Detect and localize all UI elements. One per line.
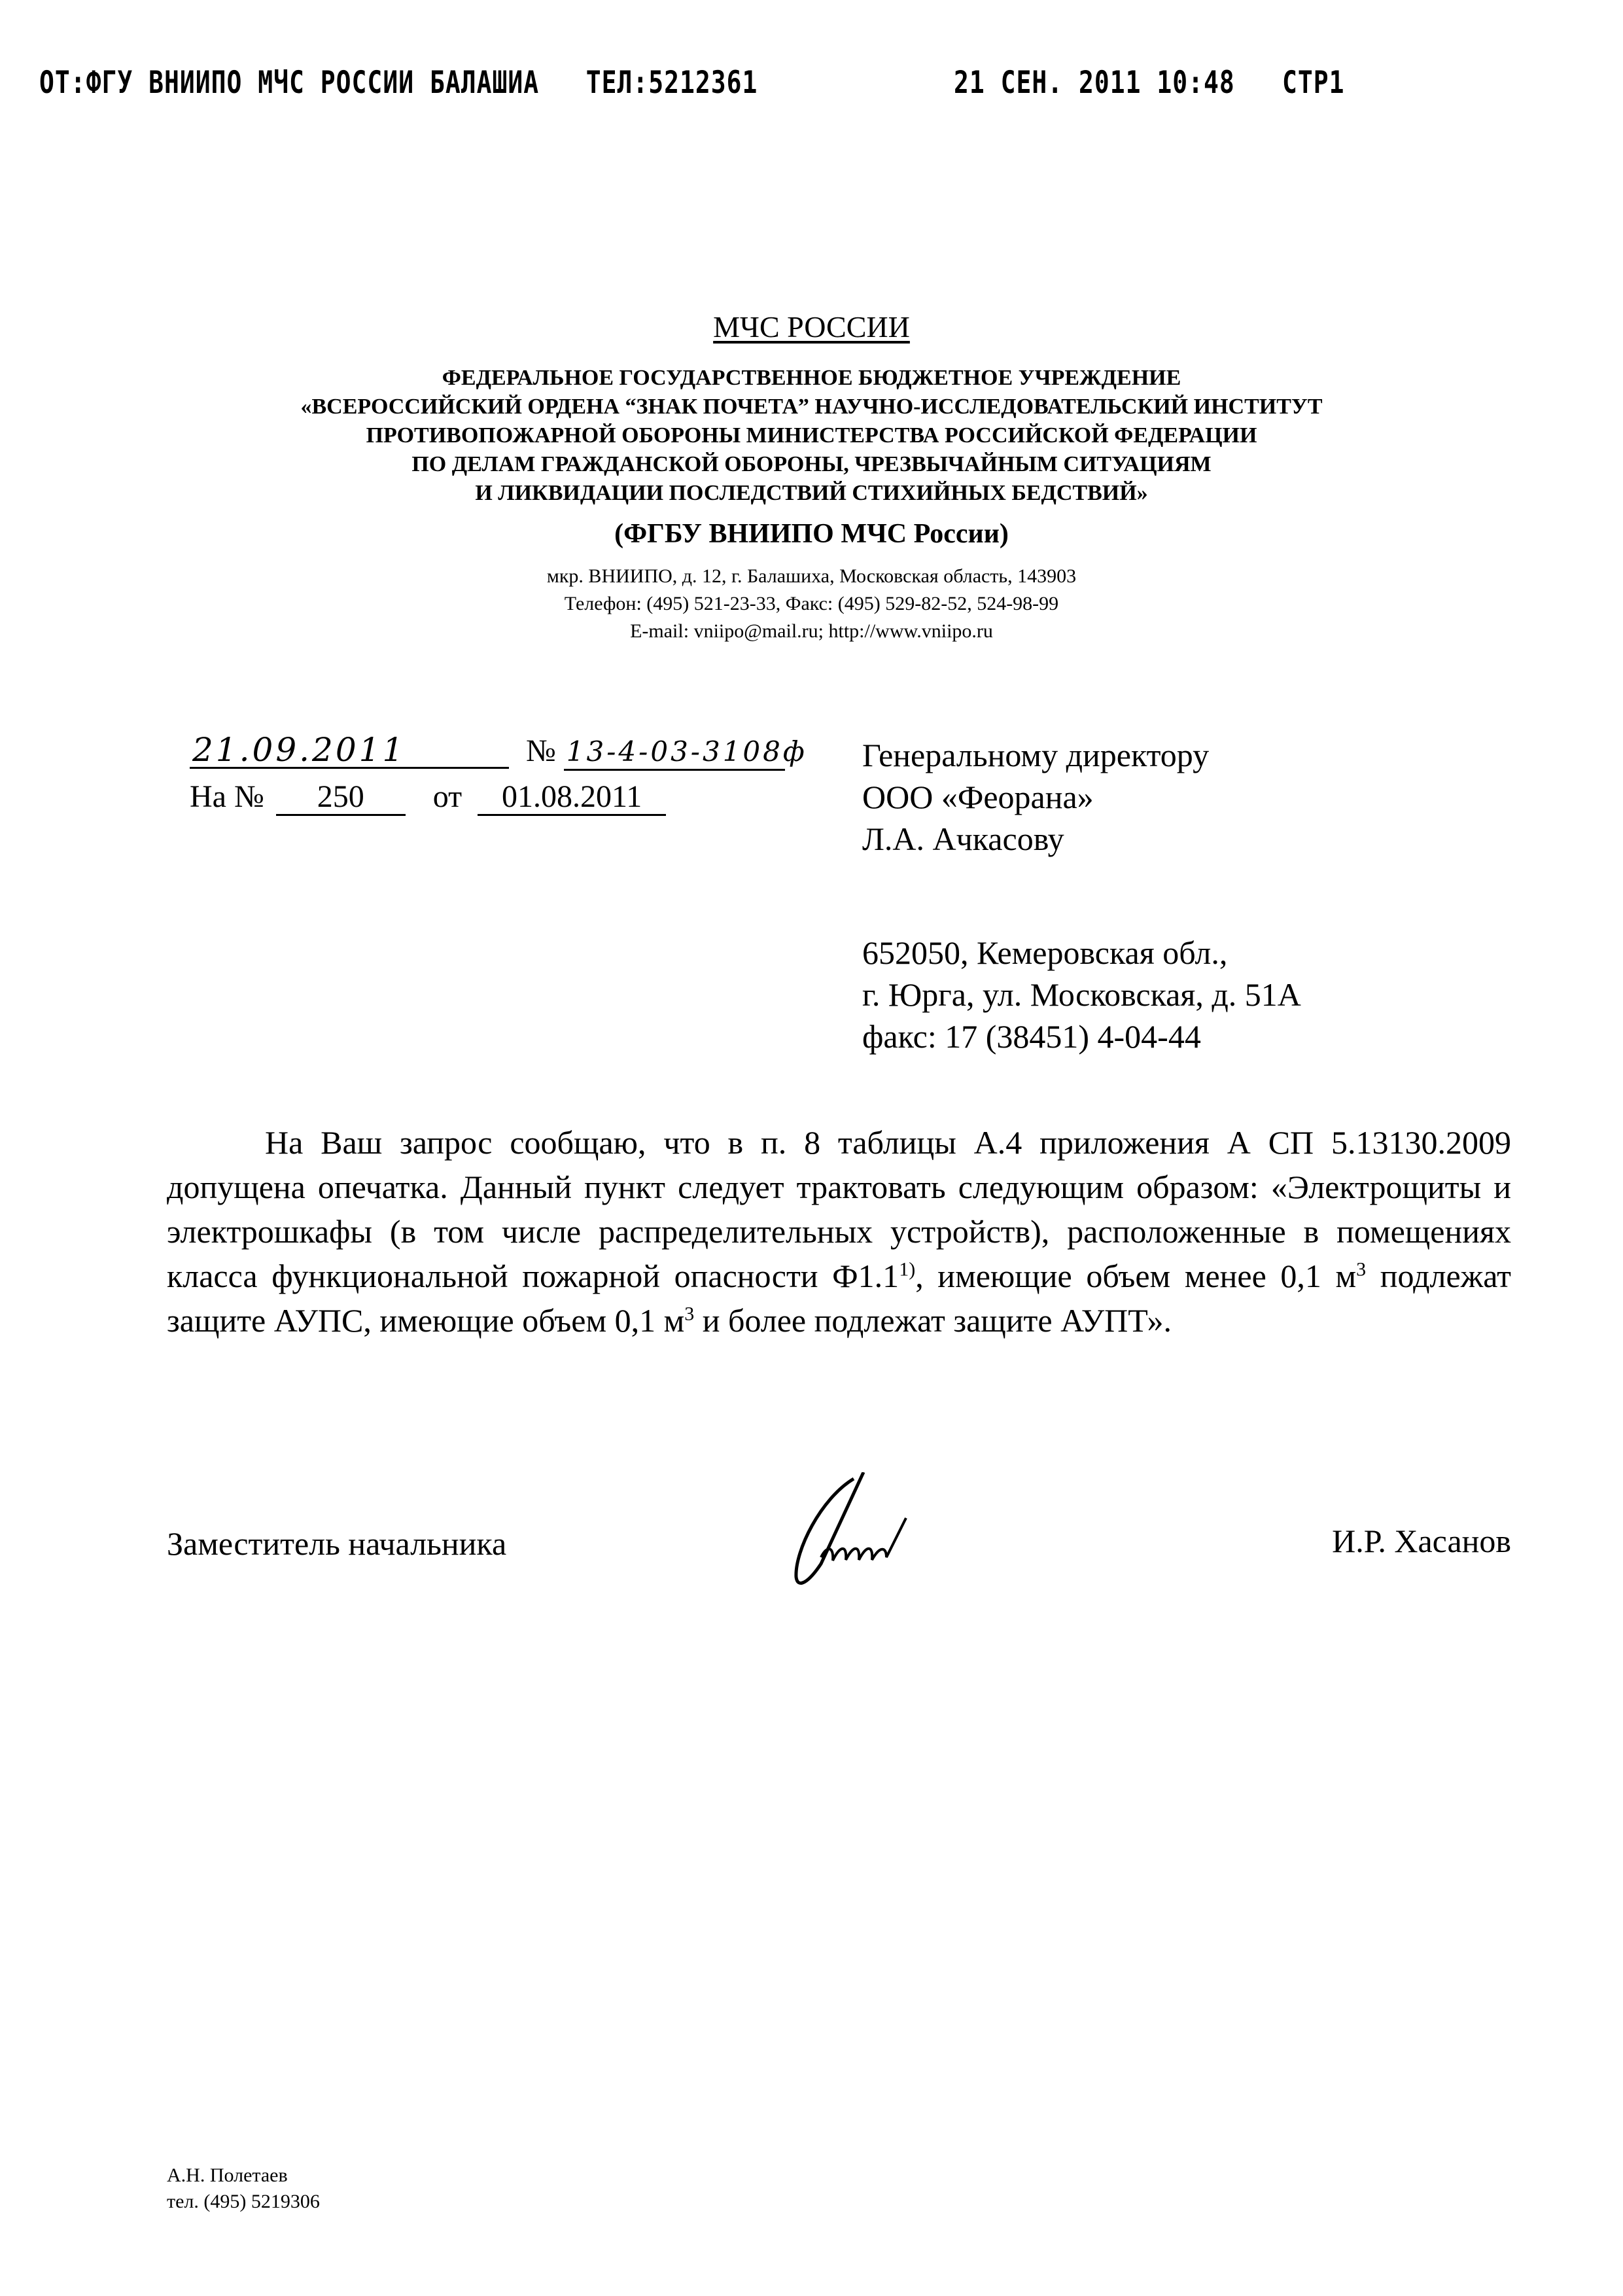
reply-date: 01.08.2011	[478, 780, 666, 816]
recipient-company: ООО «Феорана»	[862, 776, 1301, 818]
organization-short-name: (ФГБУ ВНИИПО МЧС России)	[0, 516, 1623, 552]
superscript-cube: 3	[1356, 1258, 1366, 1280]
org-address: мкр. ВНИИПО, д. 12, г. Балашиха, Московс…	[0, 563, 1623, 590]
org-line: ПРОТИВОПОЖАРНОЙ ОБОРОНЫ МИНИСТЕРСТВА РОС…	[0, 421, 1623, 450]
reply-reference: На № 250 от 01.08.2011	[190, 779, 785, 824]
executor-phone: тел. (495) 5219306	[167, 2189, 320, 2215]
org-web: E-mail: vniipo@mail.ru; http://www.vniip…	[0, 618, 1623, 645]
reply-label: На №	[190, 779, 264, 814]
org-phones: Телефон: (495) 521-23-33, Факс: (495) 52…	[0, 590, 1623, 618]
recipient-fax: факс: 17 (38451) 4-04-44	[862, 1016, 1301, 1057]
org-line: «ВСЕРОССИЙСКИЙ ОРДЕНА “ЗНАК ПОЧЕТА” НАУЧ…	[0, 393, 1623, 421]
recipient-address-line2: г. Юрга, ул. Московская, д. 51А	[862, 974, 1301, 1016]
executor-name: А.Н. Полетаев	[167, 2163, 320, 2189]
handwritten-signature-icon	[782, 1472, 1004, 1590]
signatory-title: Заместитель начальника	[167, 1525, 506, 1563]
recipient-address-line1: 652050, Кемеровская обл.,	[862, 932, 1301, 974]
reply-from-label: от	[433, 779, 462, 814]
recipient-block: Генеральному директору ООО «Феорана» Л.А…	[862, 734, 1301, 1057]
recipient-name: Л.А. Ачкасову	[862, 818, 1301, 860]
org-line: ПО ДЕЛАМ ГРАЖДАНСКОЙ ОБОРОНЫ, ЧРЕЗВЫЧАЙН…	[0, 450, 1623, 479]
reply-number: 250	[276, 780, 406, 816]
fax-datetime: 21 СЕН. 2011 10:48	[954, 64, 1235, 100]
executor-block: А.Н. Полетаев тел. (495) 5219306	[167, 2163, 320, 2215]
superscript-cube: 3	[684, 1303, 694, 1324]
org-line: И ЛИКВИДАЦИИ ПОСЛЕДСТВИЙ СТИХИЙНЫХ БЕДСТ…	[0, 479, 1623, 508]
registration-block: 21.09.2011 № 13-4-03-3108ф На № 250 от 0…	[190, 733, 785, 824]
fax-sender: ОТ:ФГУ ВНИИПО МЧС РОССИИ БАЛАШИА ТЕЛ:521…	[39, 64, 758, 100]
signature-row: Заместитель начальника И.Р. Хасанов	[167, 1472, 1511, 1616]
outgoing-number: 13-4-03-3108ф	[564, 735, 785, 771]
letterhead-contacts: мкр. ВНИИПО, д. 12, г. Балашиха, Московс…	[0, 563, 1623, 645]
organization-full-name: ФЕДЕРАЛЬНОЕ ГОСУДАРСТВЕННОЕ БЮДЖЕТНОЕ УЧ…	[0, 364, 1623, 508]
letter-body: На Ваш запрос сообщаю, что в п. 8 таблиц…	[167, 1120, 1511, 1343]
outgoing-date: 21.09.2011	[190, 733, 509, 769]
ministry-title: МЧС РОССИИ	[0, 308, 1623, 347]
outgoing-registration: 21.09.2011 № 13-4-03-3108ф	[190, 733, 785, 779]
number-label: №	[526, 733, 556, 768]
letterhead: МЧС РОССИИ ФЕДЕРАЛЬНОЕ ГОСУДАРСТВЕННОЕ Б…	[0, 308, 1623, 645]
fax-page-number: СТР1	[1282, 64, 1345, 100]
recipient-position: Генеральному директору	[862, 734, 1301, 776]
footnote-mark: 1)	[899, 1258, 915, 1280]
signatory-name: И.Р. Хасанов	[1332, 1522, 1511, 1560]
body-paragraph: На Ваш запрос сообщаю, что в п. 8 таблиц…	[167, 1120, 1511, 1343]
org-line: ФЕДЕРАЛЬНОЕ ГОСУДАРСТВЕННОЕ БЮДЖЕТНОЕ УЧ…	[0, 364, 1623, 393]
